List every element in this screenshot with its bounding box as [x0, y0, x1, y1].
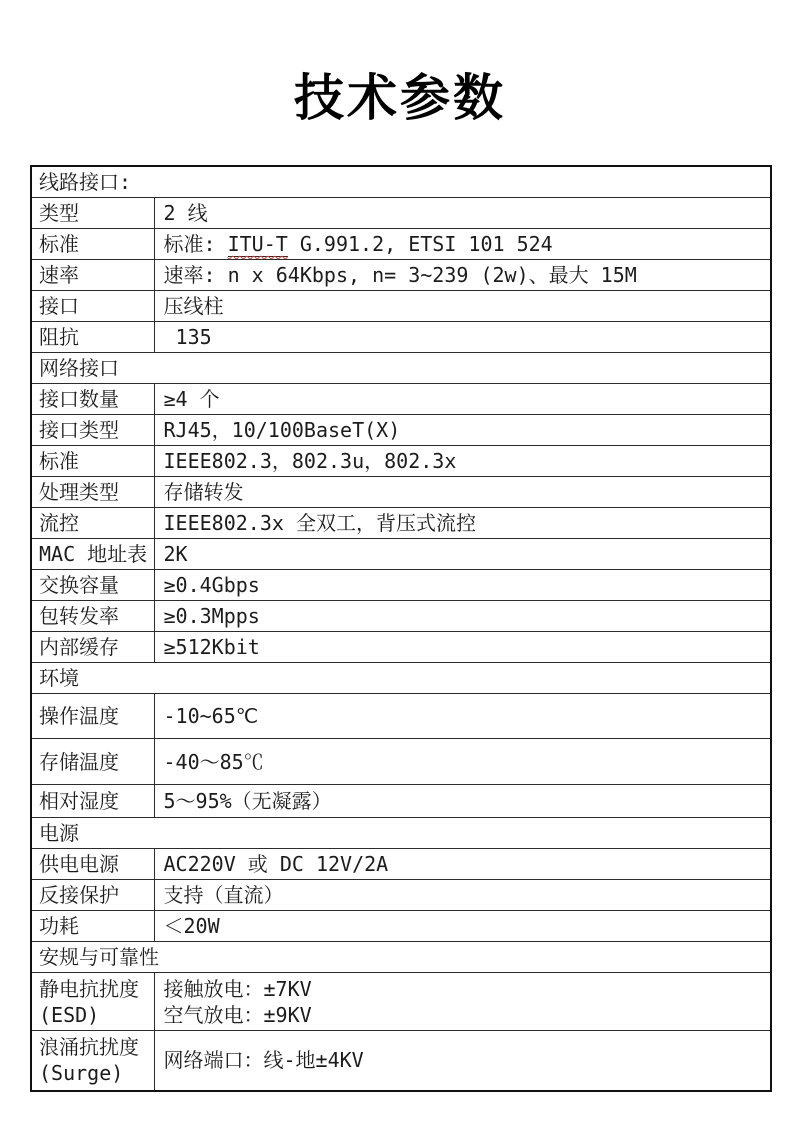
spec-key: 流控 [31, 508, 154, 539]
table-row: 处理类型存储转发 [31, 477, 771, 508]
spec-key: 存储温度 [31, 739, 154, 785]
spec-value: 接触放电：±7KV 空气放电：±9KV [154, 973, 771, 1031]
spec-value: RJ45，10/100BaseT(X) [154, 415, 771, 446]
section-row: 线路接口: [31, 166, 771, 198]
spec-key: 内部缓存 [31, 632, 154, 663]
spec-key: 标准 [31, 446, 154, 477]
spec-value: 支持（直流） [154, 880, 771, 911]
table-row: 交换容量≥0.4Gbps [31, 570, 771, 601]
spec-table-body: 线路接口:类型2 线标准标准: ITU-T G.991.2, ETSI 101 … [31, 166, 771, 1091]
section-label: 网络接口 [31, 353, 771, 384]
table-row: 存储温度-40～85℃ [31, 739, 771, 785]
section-row: 安规与可靠性 [31, 942, 771, 973]
section-row: 网络接口 [31, 353, 771, 384]
table-row: 接口压线柱 [31, 291, 771, 322]
spec-key: 浪涌抗扰度 (Surge) [31, 1031, 154, 1091]
table-row: 包转发率≥0.3Mpps [31, 601, 771, 632]
table-row: 操作温度-10~65℃ [31, 694, 771, 739]
table-row: 标准IEEE802.3，802.3u，802.3x [31, 446, 771, 477]
spec-key: 相对湿度 [31, 785, 154, 818]
section-label: 电源 [31, 818, 771, 849]
spec-value: ≥512Kbit [154, 632, 771, 663]
table-row: 速率速率: n x 64Kbps, n= 3~239 (2w)、最大 15M [31, 260, 771, 291]
spec-value: ≥4 个 [154, 384, 771, 415]
spec-key: MAC 地址表 [31, 539, 154, 570]
underlined-term: ITU-T [228, 232, 288, 257]
spec-value: AC220V 或 DC 12V/2A [154, 849, 771, 880]
table-row: 接口类型RJ45，10/100BaseT(X) [31, 415, 771, 446]
spec-key: 接口数量 [31, 384, 154, 415]
spec-key: 操作温度 [31, 694, 154, 739]
spec-value: IEEE802.3，802.3u，802.3x [154, 446, 771, 477]
spec-value: 压线柱 [154, 291, 771, 322]
table-row: 反接保护支持（直流） [31, 880, 771, 911]
spec-key: 接口类型 [31, 415, 154, 446]
spec-value: IEEE802.3x 全双工，背压式流控 [154, 508, 771, 539]
table-row: 功耗＜20W [31, 911, 771, 942]
spec-key: 反接保护 [31, 880, 154, 911]
spec-value: 5～95%（无凝露） [154, 785, 771, 818]
table-row: 供电电源AC220V 或 DC 12V/2A [31, 849, 771, 880]
spec-key: 阻抗 [31, 322, 154, 353]
table-row: 流控IEEE802.3x 全双工，背压式流控 [31, 508, 771, 539]
section-row: 电源 [31, 818, 771, 849]
spec-value: ＜20W [154, 911, 771, 942]
spec-value: 135 [154, 322, 771, 353]
value-text: 标准: [164, 232, 228, 256]
spec-table: 线路接口:类型2 线标准标准: ITU-T G.991.2, ETSI 101 … [30, 165, 772, 1092]
section-label: 线路接口: [31, 166, 771, 198]
spec-key: 处理类型 [31, 477, 154, 508]
document-page: 技术参数 线路接口:类型2 线标准标准: ITU-T G.991.2, ETSI… [0, 0, 800, 1130]
spec-value: 2 线 [154, 198, 771, 229]
table-row: 阻抗 135 [31, 322, 771, 353]
table-row: 标准标准: ITU-T G.991.2, ETSI 101 524 [31, 229, 771, 260]
spec-key: 功耗 [31, 911, 154, 942]
page-title: 技术参数 [0, 58, 800, 130]
table-row: 静电抗扰度 (ESD)接触放电：±7KV 空气放电：±9KV [31, 973, 771, 1031]
spec-value: ≥0.4Gbps [154, 570, 771, 601]
spec-value: 速率: n x 64Kbps, n= 3~239 (2w)、最大 15M [154, 260, 771, 291]
table-row: 相对湿度5～95%（无凝露） [31, 785, 771, 818]
section-label: 环境 [31, 663, 771, 694]
spec-value: 标准: ITU-T G.991.2, ETSI 101 524 [154, 229, 771, 260]
spec-value: 2K [154, 539, 771, 570]
value-text: G.991.2, ETSI 101 524 [288, 232, 553, 256]
spec-key: 交换容量 [31, 570, 154, 601]
spec-key: 静电抗扰度 (ESD) [31, 973, 154, 1031]
spec-key: 速率 [31, 260, 154, 291]
table-row: 接口数量≥4 个 [31, 384, 771, 415]
spec-value: 网络端口：线-地±4KV [154, 1031, 771, 1091]
table-row: 类型2 线 [31, 198, 771, 229]
spec-key: 标准 [31, 229, 154, 260]
spec-key: 包转发率 [31, 601, 154, 632]
section-label: 安规与可靠性 [31, 942, 771, 973]
spec-value: ≥0.3Mpps [154, 601, 771, 632]
spec-key: 接口 [31, 291, 154, 322]
table-row: 内部缓存≥512Kbit [31, 632, 771, 663]
spec-value: 存储转发 [154, 477, 771, 508]
spec-key: 类型 [31, 198, 154, 229]
spec-value: -10~65℃ [154, 694, 771, 739]
table-row: MAC 地址表2K [31, 539, 771, 570]
spec-value: -40～85℃ [154, 739, 771, 785]
table-row: 浪涌抗扰度 (Surge)网络端口：线-地±4KV [31, 1031, 771, 1091]
section-row: 环境 [31, 663, 771, 694]
spec-key: 供电电源 [31, 849, 154, 880]
